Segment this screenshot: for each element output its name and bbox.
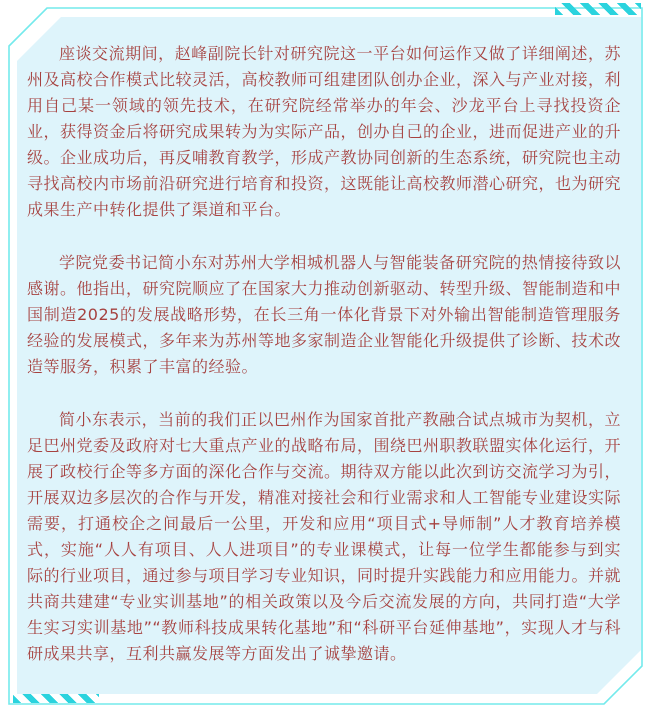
page: { "article": { "paragraphs": [ "座谈交流期间，赵… [0,0,650,712]
content-panel: 座谈交流期间，赵峰副院长针对研究院这一平台如何运作又做了详细阐述，苏州及高校合作… [17,17,641,694]
article-paragraph-2: 学院党委书记简小东对苏州大学相城机器人与智能装备研究院的热情接待致以感谢。他指出… [27,250,621,380]
article-paragraph-3: 简小东表示，当前的我们正以巴州作为国家首批产教融合试点城市为契机，立足巴州党委及… [27,407,621,667]
article-paragraph-1: 座谈交流期间，赵峰副院长针对研究院这一平台如何运作又做了详细阐述，苏州及高校合作… [27,41,621,223]
zigzag-decoration-top-right [555,3,641,15]
